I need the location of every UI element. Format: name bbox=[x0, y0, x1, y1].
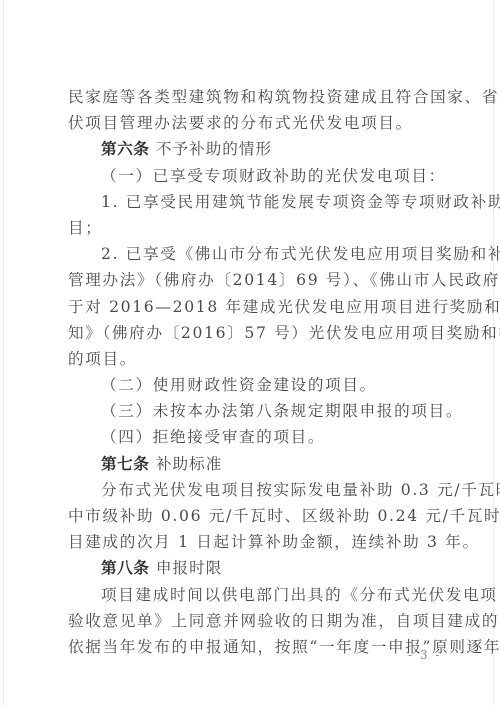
article-7-paragraph-line-2: 中市级补助 0.06 元/千瓦时、区级补助 0.24 元/千瓦时），自项 bbox=[68, 503, 434, 529]
article-8-label: 第八条 bbox=[101, 559, 149, 577]
article-6-item-2: （二）使用财政性资金建设的项目。 bbox=[68, 372, 434, 398]
article-6-heading: 第六条 不予补助的情形 bbox=[68, 136, 434, 162]
article-6-item-3: （三）未按本办法第八条规定期限申报的项目。 bbox=[68, 398, 434, 424]
paragraph-continued-line-1: 民家庭等各类型建筑物和构筑物投资建成且符合国家、省、市光 bbox=[68, 84, 434, 110]
scan-page-edge-left bbox=[3, 0, 4, 706]
article-7-paragraph-line-3: 目建成的次月 1 日起计算补助金额，连续补助 3 年。 bbox=[68, 529, 434, 555]
article-8-heading: 第八条 申报时限 bbox=[68, 555, 434, 581]
article-7-title: 补助标准 bbox=[156, 455, 222, 473]
article-6-item-1-sub-2-line-5: 的项目。 bbox=[68, 346, 434, 372]
article-8-title: 申报时限 bbox=[156, 559, 222, 577]
article-7-heading: 第七条 补助标准 bbox=[68, 451, 434, 477]
article-6-item-1-sub-1-line-1: 1. 已享受民用建筑节能发展专项资金等专项财政补助的项 bbox=[68, 189, 434, 215]
article-7-label: 第七条 bbox=[101, 455, 149, 473]
article-8-paragraph-line-2: 验收意见单》上同意并网验收的日期为准，自项目建成的次年起， bbox=[68, 608, 434, 634]
article-6-item-1-sub-2-line-2: 管理办法》（佛府办〔2014〕69 号）、《佛山市人民政府办公室关 bbox=[68, 267, 434, 293]
page-number: - 3 - bbox=[408, 648, 441, 662]
article-8-paragraph-line-1: 项目建成时间以供电部门出具的《分布式光伏发电项目并网 bbox=[68, 582, 434, 608]
article-6-item-1-sub-2-line-4: 知》（佛府办〔2016〕57 号）光伏发电应用项目奖励和补助资金 bbox=[68, 320, 434, 346]
article-8-paragraph-line-3: 依据当年发布的申报通知，按照“一年度一申报”原则逐年提出 bbox=[68, 634, 434, 660]
paragraph-continued-line-2: 伏项目管理办法要求的分布式光伏发电项目。 bbox=[68, 110, 434, 136]
article-7-paragraph-line-1: 分布式光伏发电项目按实际发电量补助 0.3 元/千瓦时（其 bbox=[68, 477, 434, 503]
article-6-item-1-sub-1-line-2: 目； bbox=[68, 215, 434, 241]
article-6-item-4: （四）拒绝接受审查的项目。 bbox=[68, 424, 434, 450]
article-6-label: 第六条 bbox=[101, 140, 149, 158]
document-body: 民家庭等各类型建筑物和构筑物投资建成且符合国家、省、市光 伏项目管理办法要求的分… bbox=[68, 84, 434, 660]
article-6-item-1-sub-2-line-3: 于对 2016—2018 年建成光伏发电应用项目进行奖励和补助的通 bbox=[68, 294, 434, 320]
article-6-title: 不予补助的情形 bbox=[156, 140, 272, 158]
article-6-item-1-sub-2-line-1: 2. 已享受《佛山市分布式光伏发电应用项目奖励和补助资金 bbox=[68, 241, 434, 267]
article-6-item-1-heading: （一）已享受专项财政补助的光伏发电项目： bbox=[68, 163, 434, 189]
